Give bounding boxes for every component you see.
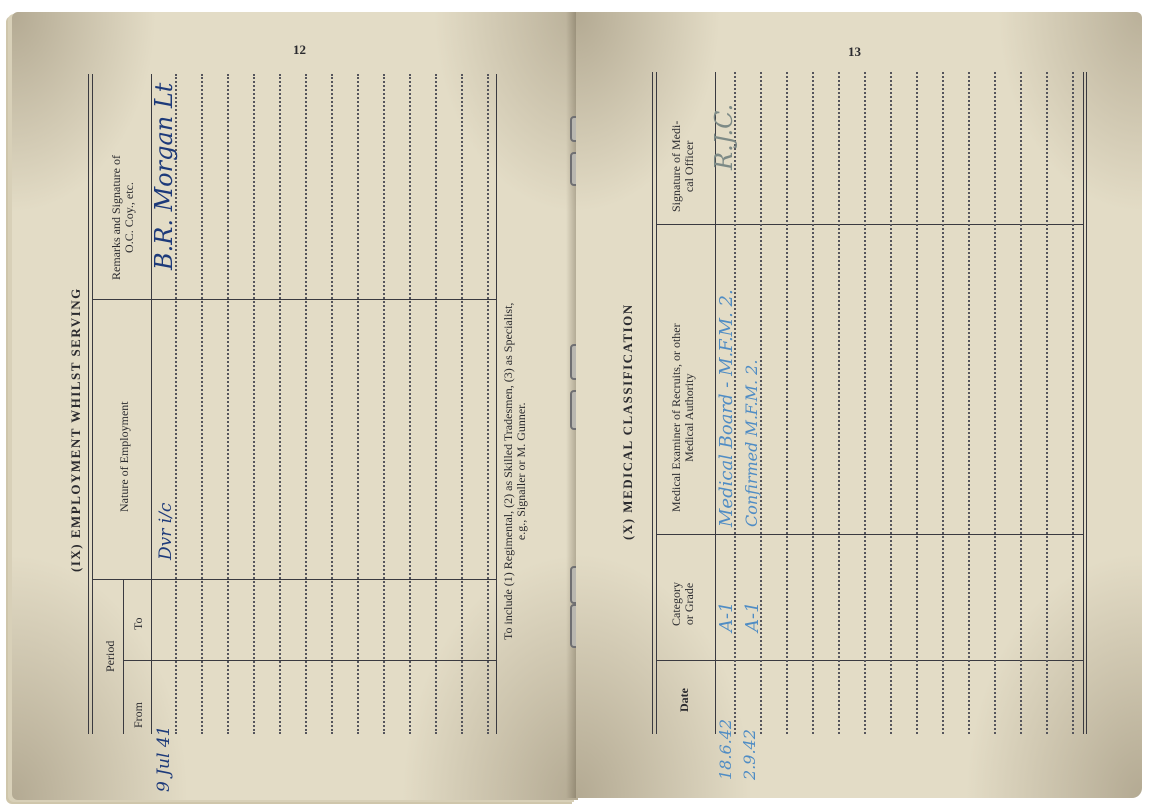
entry-2-date: 2.9.42	[740, 729, 759, 780]
column-divider	[124, 660, 496, 661]
row-line	[786, 72, 788, 734]
row-line	[1072, 72, 1074, 734]
row-line	[864, 72, 866, 734]
row-line	[409, 74, 411, 734]
row-line	[994, 72, 996, 734]
row-line	[942, 72, 944, 734]
table-border	[1086, 72, 1087, 734]
left-page: 12 (IX) EMPLOYMENT WHILST SERVING Remark…	[12, 12, 578, 800]
entry-1-examiner: Medical Board - M.F.M. 2.	[716, 289, 737, 527]
entry-1-signature: R.J.C.	[710, 104, 738, 170]
table-border	[88, 74, 89, 734]
row-line	[253, 74, 255, 734]
footnote: To include (1) Regimental, (2) as Skille…	[502, 303, 528, 640]
row-line	[1020, 72, 1022, 734]
header-remarks-line2: O.C. Coy., etc.	[123, 155, 136, 280]
row-line	[357, 74, 359, 734]
header-from: From	[132, 702, 145, 728]
header-remarks: Remarks and Signature of O.C. Coy., etc.	[110, 155, 136, 280]
period-divider	[123, 579, 124, 734]
header-signature-line2: cal Officer	[683, 121, 696, 212]
row-line	[461, 74, 463, 734]
row-line	[201, 74, 203, 734]
row-line	[968, 72, 970, 734]
table-border	[1083, 72, 1084, 734]
row-line	[1046, 72, 1048, 734]
header-category-line2: or Grade	[683, 582, 696, 626]
entry-1-date: 18.6.42	[716, 719, 735, 780]
page-number: 13	[848, 44, 861, 60]
section-title: (X) MEDICAL CLASSIFICATION	[620, 303, 636, 540]
table-border	[656, 72, 657, 734]
header-to: To	[132, 618, 145, 631]
section-title: (IX) EMPLOYMENT WHILST SERVING	[68, 287, 84, 572]
footnote-line2: e.g., Signaller or M. Gunner.	[515, 303, 528, 640]
entry-nature: Dvr i/c	[156, 503, 176, 560]
header-nature: Nature of Employment	[118, 401, 131, 512]
entry-1-category: A-1	[716, 601, 737, 632]
row-line	[383, 74, 385, 734]
header-period: Period	[104, 641, 117, 672]
row-line	[435, 74, 437, 734]
entry-2-examiner: Confirmed M.F.M. 2.	[742, 360, 761, 527]
entry-from: 9 Jul 41	[154, 726, 174, 792]
row-line	[305, 74, 307, 734]
row-line	[890, 72, 892, 734]
page-number: 12	[293, 42, 306, 58]
header-examiner: Medical Examiner of Recruits, or other M…	[670, 323, 696, 512]
header-date: Date	[678, 688, 691, 712]
table-border	[496, 74, 497, 734]
header-examiner-line2: Medical Authority	[683, 323, 696, 512]
table-border	[92, 74, 93, 734]
row-line	[916, 72, 918, 734]
header-signature: Signature of Medi- cal Officer	[670, 121, 696, 212]
row-line	[487, 74, 489, 734]
entry-2-category: A-1	[742, 601, 763, 632]
right-page: 13 (X) MEDICAL CLASSIFICATION Signature …	[576, 12, 1142, 798]
entry-remarks-signature: B.R. Morgan Lt	[150, 83, 178, 270]
row-line	[812, 72, 814, 734]
table-border	[652, 72, 653, 734]
row-line	[331, 74, 333, 734]
header-category: Category or Grade	[670, 582, 696, 626]
row-line	[838, 72, 840, 734]
row-line	[279, 74, 281, 734]
row-line	[227, 74, 229, 734]
